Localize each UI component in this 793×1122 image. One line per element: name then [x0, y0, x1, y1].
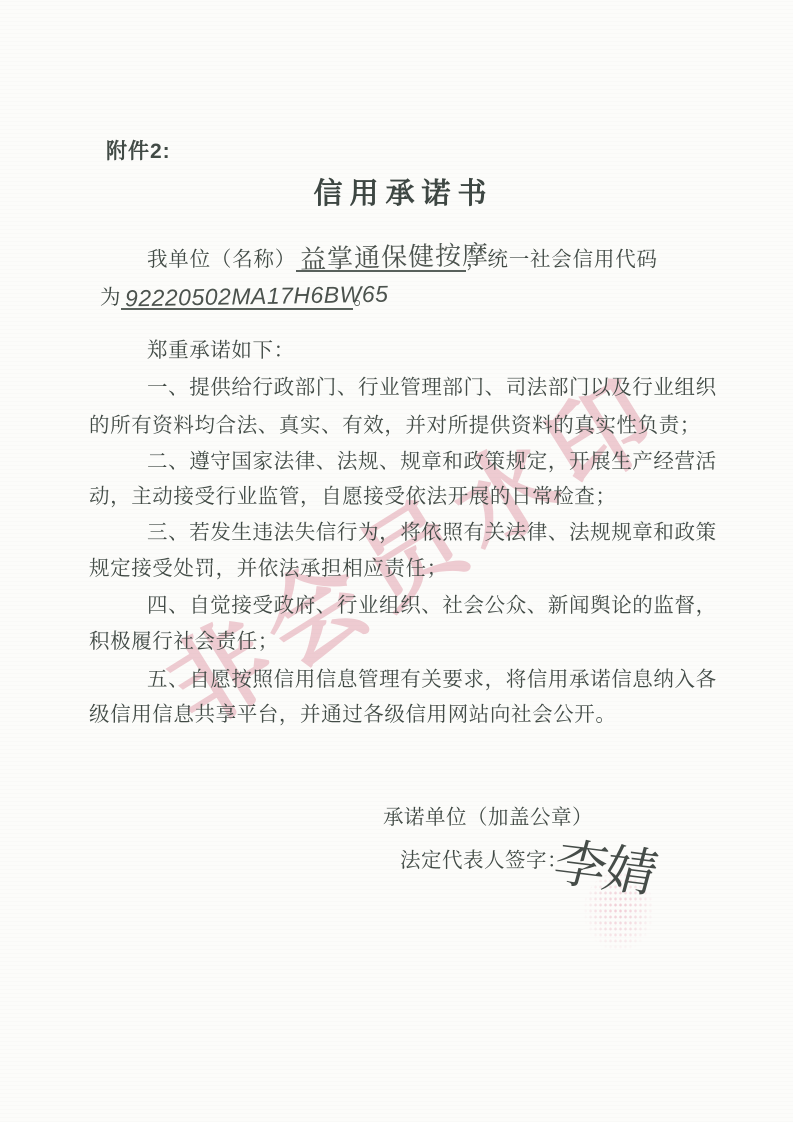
pledge-lead: 郑重承诺如下：: [147, 333, 295, 363]
body-line: 积极履行社会责任；: [89, 624, 279, 654]
body-line: 一、提供给行政部门、行业管理部门、司法部门以及行业组织: [147, 370, 717, 400]
intro-line-1: 我单位（名称） 益掌通保健按摩 ，统一社会信用代码: [147, 242, 658, 272]
body-line: 规定接受处罚，并依法承担相应责任；: [89, 551, 448, 581]
attachment-label: 附件2:: [106, 135, 171, 165]
company-name-field: 益掌通保健按摩: [296, 243, 466, 272]
scanned-document-page: 非会员水印 附件2: 信用承诺书 我单位（名称） 益掌通保健按摩 ，统一社会信用…: [0, 0, 793, 1122]
commitment-unit-line: 承诺单位（加盖公章）: [383, 800, 593, 830]
body-line: 的所有资料均合法、真实、有效，并对所提供资料的真实性负责；: [89, 408, 701, 438]
body-line: 动，主动接受行业监管，自愿接受依法开展的日常检查；: [89, 479, 617, 509]
body-line: 级信用信息共享平台，并通过各级信用网站向社会公开。: [89, 697, 617, 727]
body-line: 五、自愿按照信用信息管理有关要求，将信用承诺信息纳入各: [147, 662, 717, 692]
body-line: 三、若发生违法失信行为，将依照有关法律、法规规章和政策: [147, 515, 717, 545]
body-line: 二、遵守国家法律、法规、规章和政策规定，开展生产经营活: [147, 444, 717, 474]
credit-code-handwritten: 92220502MA17H6BW65: [125, 281, 389, 313]
document-title: 信用承诺书: [0, 171, 793, 212]
code-prefix: 为: [100, 280, 121, 310]
company-name-handwritten: 益掌通保健按摩: [300, 235, 490, 277]
legal-representative-sign-label: 法定代表人签字：: [400, 843, 568, 873]
intro-suffix: ，统一社会信用代码: [466, 242, 658, 272]
intro-line-2: 为 92220502MA17H6BW65 。: [100, 280, 375, 310]
body-line: 四、自觉接受政府、行业组织、社会公众、新闻舆论的监督，: [147, 588, 717, 618]
signature-handwritten: 李婧: [547, 821, 666, 906]
credit-code-field: 92220502MA17H6BW65: [121, 281, 353, 310]
intro-prefix: 我单位（名称）: [147, 242, 296, 272]
